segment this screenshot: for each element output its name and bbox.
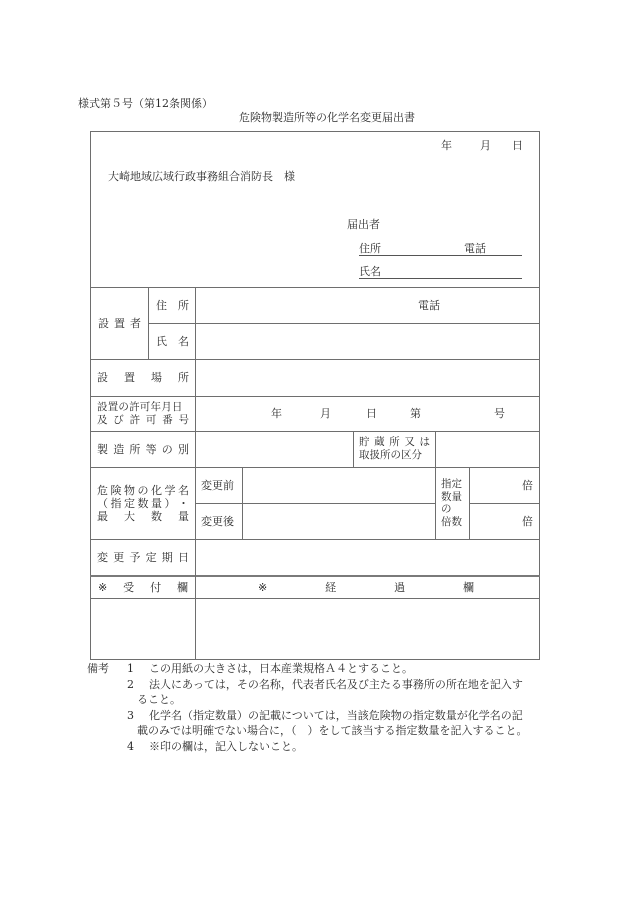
label-char: の — [138, 484, 149, 497]
label-char: 量 — [178, 510, 189, 523]
label-char: 過 — [394, 581, 405, 594]
label-char: ※ — [258, 581, 267, 594]
label-char: 所 — [129, 443, 140, 456]
permit-field[interactable]: 年 月 日 第 号 — [196, 396, 539, 431]
label-char: 等 — [146, 443, 157, 456]
label-char: ※ — [98, 581, 107, 594]
note-text: この用紙の大きさは，日本産業規格Ａ４とすること。 — [149, 661, 413, 677]
label-char: 最 — [97, 510, 108, 523]
storage-category-field[interactable] — [436, 431, 539, 467]
note-item: 備考 1 この用紙の大きさは，日本産業規格Ａ４とすること。 — [87, 661, 528, 677]
note-number: 3 — [127, 708, 149, 724]
label-char: 可 — [146, 414, 157, 427]
chemical-label-line3: 最 大 数 量 — [97, 510, 189, 523]
after-change-field[interactable] — [243, 503, 435, 539]
label-char: 更 — [113, 551, 124, 564]
installer-name-label: 氏 名 — [149, 323, 195, 359]
note-item-continuation: 載のみでは明確でない場合に，（ ）をして該当する指定数量を記入すること。 — [87, 723, 528, 739]
note-number: 1 — [127, 661, 149, 677]
label-char: 付 — [150, 581, 161, 594]
before-change-label: 変更前 — [196, 467, 242, 503]
label-char: 危 — [97, 484, 108, 497]
installer-address-field[interactable]: 電話 — [196, 287, 539, 323]
label-line: の — [441, 503, 469, 516]
label-char: 大 — [124, 510, 135, 523]
unit-label: 倍 — [522, 479, 533, 492]
label-char: 許 — [130, 414, 141, 427]
permit-month-label: 月 — [320, 407, 331, 420]
label-char: 貯 — [359, 436, 370, 449]
chemical-label: 危 険 物 の 化 学 名 （ 指 定 数 量 ） ・ 最 大 数 量 — [91, 467, 195, 539]
scheduled-date-label: 変 更 予 定 期 日 — [91, 539, 195, 575]
notifier-address-field[interactable] — [359, 242, 522, 256]
installer-phone-label: 電話 — [418, 299, 440, 312]
permit-number-suffix: 号 — [494, 407, 505, 420]
note-text: 法人にあっては，その名称，代表者氏名及び主たる事務所の所在地を記入す — [149, 677, 523, 693]
label-char: 険 — [111, 484, 122, 497]
label-char: 物 — [124, 484, 135, 497]
label-char: 蔵 — [374, 436, 385, 449]
notes-heading: 備考 — [87, 661, 127, 677]
location-field[interactable] — [196, 359, 539, 396]
label-char: 置 — [114, 317, 125, 330]
label-char: ） — [165, 497, 176, 510]
label-char: 者 — [130, 317, 141, 330]
progress-field — [196, 599, 539, 659]
label-line: 倍数 — [441, 516, 469, 529]
label-char: 及 — [97, 414, 108, 427]
multiple-before-field[interactable]: 倍 — [470, 467, 539, 503]
label-char: 所 — [178, 371, 189, 384]
label-char: 名 — [178, 335, 189, 348]
label-char: び — [113, 414, 124, 427]
storage-label-line2: 取扱所の区分 — [359, 449, 430, 462]
note-item: 3 化学名（指定数量）の記載については，当該危険物の指定数量が化学名の記 — [87, 708, 528, 724]
label-char: の — [162, 443, 173, 456]
permit-day-label: 日 — [366, 407, 377, 420]
label-char: （ — [97, 497, 108, 510]
permit-label-line1: 設置の許可年月日 — [97, 401, 189, 414]
permit-label-line2: 及 び 許 可 番 号 — [97, 414, 189, 427]
chemical-label-line2: （ 指 定 数 量 ） ・ — [97, 497, 189, 510]
note-text: 化学名（指定数量）の記載については，当該危険物の指定数量が化学名の記 — [149, 708, 523, 724]
notes: 備考 1 この用紙の大きさは，日本産業規格Ａ４とすること。 2 法人にあっては，… — [87, 661, 528, 754]
facility-type-field[interactable] — [196, 431, 353, 467]
unit-label: 倍 — [522, 515, 533, 528]
permit-year-label: 年 — [271, 407, 282, 420]
label-char: 設 — [97, 371, 108, 384]
note-text: ※印の欄は，記入しないこと。 — [149, 739, 303, 755]
label-char: 又 — [404, 436, 415, 449]
reception-field — [91, 599, 195, 659]
notifier-name-field[interactable] — [359, 265, 522, 279]
date-day: 日 — [512, 139, 523, 152]
form-number: 様式第５号（第12条関係） — [78, 97, 213, 110]
scheduled-date-field[interactable] — [196, 539, 539, 575]
label-char: 期 — [162, 551, 173, 564]
label-char: 予 — [129, 551, 140, 564]
addressee: 大崎地域広域行政事務組合消防長 様 — [108, 170, 295, 183]
label-char: 場 — [151, 371, 162, 384]
form-title: 危険物製造所等の化学名変更届出書 — [0, 111, 630, 124]
note-text: ること。 — [137, 692, 181, 708]
note-item: 2 法人にあっては，その名称，代表者氏名及び主たる事務所の所在地を記入す — [87, 677, 528, 693]
installer-name-field[interactable] — [196, 323, 539, 359]
note-item-continuation: ること。 — [87, 692, 528, 708]
label-char: 番 — [162, 414, 173, 427]
label-char: 学 — [165, 484, 176, 497]
label-char: は — [420, 436, 431, 449]
label-char: 欄 — [177, 581, 188, 594]
location-label: 設 置 場 所 — [91, 359, 195, 396]
before-change-field[interactable] — [243, 467, 435, 503]
label-char: 変 — [97, 551, 108, 564]
label-char: 欄 — [463, 581, 474, 594]
label-char: 定 — [146, 551, 157, 564]
facility-type-label: 製 造 所 等 の 別 — [91, 431, 195, 467]
installer-label: 設 置 者 — [91, 287, 148, 359]
after-change-label: 変更後 — [196, 503, 242, 539]
notifier-label: 届出者 — [347, 218, 380, 231]
label-char: 数 — [138, 497, 149, 510]
designated-quantity-multiple-label: 指定 数量 の 倍数 — [436, 467, 469, 539]
installer-address-label: 住 所 — [149, 287, 195, 323]
label-char: 置 — [124, 371, 135, 384]
progress-header: ※ 経 過 欄 — [196, 577, 539, 598]
note-item: 4 ※印の欄は，記入しないこと。 — [87, 739, 528, 755]
label-char: 所 — [389, 436, 400, 449]
permit-label: 設置の許可年月日 及 び 許 可 番 号 — [91, 396, 195, 431]
label-char: 名 — [178, 484, 189, 497]
label-char: 指 — [111, 497, 122, 510]
multiple-after-field[interactable]: 倍 — [470, 503, 539, 539]
label-char: 受 — [123, 581, 134, 594]
label-char: 所 — [178, 299, 189, 312]
reception-header: ※ 受 付 欄 — [91, 577, 195, 598]
label-char: 数 — [151, 510, 162, 523]
label-char: 氏 — [156, 335, 167, 348]
label-char: 製 — [97, 443, 108, 456]
label-char: 定 — [124, 497, 135, 510]
note-text: 載のみでは明確でない場合に，（ ）をして該当する指定数量を記入すること。 — [137, 723, 528, 739]
label-char: 号 — [178, 414, 189, 427]
label-char: 別 — [178, 443, 189, 456]
label-char: 量 — [151, 497, 162, 510]
permit-number-prefix: 第 — [410, 407, 421, 420]
label-char: ・ — [178, 497, 189, 510]
label-char: 住 — [156, 299, 167, 312]
note-number: 4 — [127, 739, 149, 755]
chemical-label-line1: 危 険 物 の 化 学 名 — [97, 484, 189, 497]
date-month: 月 — [480, 139, 491, 152]
label-char: 日 — [178, 551, 189, 564]
label-line: 数量 — [441, 491, 469, 504]
date-year: 年 — [441, 139, 452, 152]
storage-label-line1: 貯 蔵 所 又 は — [359, 436, 430, 449]
note-number: 2 — [127, 677, 149, 693]
label-char: 経 — [325, 581, 336, 594]
label-line: 指定 — [441, 478, 469, 491]
storage-category-label: 貯 蔵 所 又 は 取扱所の区分 — [354, 431, 435, 467]
label-char: 化 — [151, 484, 162, 497]
label-char: 造 — [113, 443, 124, 456]
label-char: 設 — [98, 317, 109, 330]
